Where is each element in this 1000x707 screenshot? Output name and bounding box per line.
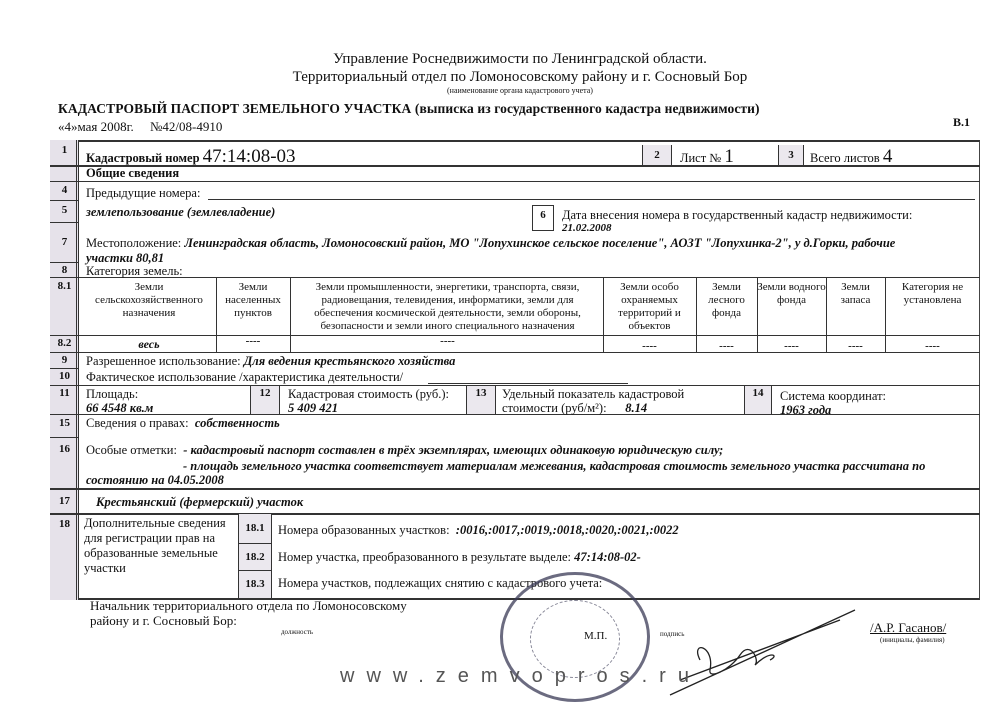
category-value: ---- xyxy=(216,335,290,347)
category-value: ---- xyxy=(292,335,603,347)
row-number: 11 xyxy=(50,387,79,399)
sheet-number-value: 1 xyxy=(724,146,734,167)
previous-numbers-label: Предыдущие номера: xyxy=(86,186,200,201)
field-number-box: 18.1 xyxy=(239,514,271,543)
category-header: Категория не установлена xyxy=(885,281,980,307)
divider xyxy=(50,488,980,490)
category-header: Земли водного фонда xyxy=(757,281,826,307)
department-name: Территориальный отдел по Ломоносовскому … xyxy=(0,69,1000,86)
divider xyxy=(50,385,980,386)
permitted-use-field: Разрешенное использование: Для ведения к… xyxy=(86,354,455,369)
position-caption: должность xyxy=(281,628,313,636)
row-number: 8 xyxy=(50,264,79,276)
category-header: Земли промышленности, энергетики, трансп… xyxy=(292,281,603,333)
category-header: Земли особо охраняемых территорий и объе… xyxy=(603,281,696,333)
specific-value: 8.14 xyxy=(625,401,647,415)
document-date-number: «4»мая 2008г. №42/08-4910 xyxy=(58,119,222,135)
divider xyxy=(50,513,980,515)
area-label: Площадь: xyxy=(86,387,138,402)
official-position: Начальник территориального отдела по Лом… xyxy=(90,598,407,614)
document-date: «4»мая 2008г. xyxy=(58,119,134,134)
category-value: ---- xyxy=(757,340,826,352)
divider xyxy=(290,277,291,352)
formed-parcels-field: Номера образованных участков: :0016,:001… xyxy=(278,523,679,538)
official-name: /А.Р. Гасанов/ xyxy=(870,620,946,636)
form-code: В.1 xyxy=(953,115,970,130)
specific-value-label: Удельный показатель кадастровой xyxy=(502,387,684,402)
additional-info-line: для регистрации прав на xyxy=(84,531,234,546)
field-number-box: 12 xyxy=(250,386,280,414)
converted-parcel-value: 47:14:08-02- xyxy=(574,550,641,564)
divider xyxy=(50,277,980,278)
field-number-box: 13 xyxy=(466,386,496,414)
agency-name: Управление Роснедвижимости по Ленинградс… xyxy=(0,51,1000,68)
field-number-box: 2 xyxy=(642,145,672,165)
converted-parcel-label: Номер участка, преобразованного в резуль… xyxy=(278,550,571,564)
document-number: №42/08-4910 xyxy=(150,119,222,134)
divider xyxy=(50,352,980,353)
previous-numbers-line xyxy=(208,199,975,200)
permitted-use-value: Для ведения крестьянского хозяйства xyxy=(244,354,456,368)
formed-parcels-value: :0016,:0017,:0019,:0018,:0020,:0021,:002… xyxy=(456,523,679,537)
actual-use-label: Фактическое использование /характеристик… xyxy=(86,370,403,385)
row-number: 18 xyxy=(50,518,79,530)
stamp-label: М.П. xyxy=(584,630,607,642)
cadastral-number-label: Кадастровый номер xyxy=(86,151,200,165)
category-header: Земли запаса xyxy=(826,281,885,307)
converted-parcel-field: Номер участка, преобразованного в резуль… xyxy=(278,550,641,565)
category-value: ---- xyxy=(696,340,757,352)
divider xyxy=(271,513,272,600)
category-header: Земли населенных пунктов xyxy=(216,281,290,320)
area-value: 66 4548 кв.м xyxy=(86,401,153,416)
sheet-number-label: Лист № xyxy=(680,151,721,165)
row-number: 17 xyxy=(50,495,79,507)
general-info-heading: Общие сведения xyxy=(86,166,179,181)
watermark: www.zemvopros.ru xyxy=(340,665,701,688)
permitted-use-label: Разрешенное использование: xyxy=(86,354,241,368)
special-note-2: - площадь земельного участка соответству… xyxy=(183,459,925,474)
category-value: ---- xyxy=(826,340,885,352)
registration-date-value: 21.02.2008 xyxy=(562,222,612,234)
category-value: ---- xyxy=(885,340,980,352)
row-number: 15 xyxy=(50,417,79,429)
rights-label: Сведения о правах: xyxy=(86,416,189,430)
special-note-1: - кадастровый паспорт составлен в трёх э… xyxy=(183,443,723,457)
total-sheets-label: Всего листов xyxy=(810,151,880,165)
rights-value: собственность xyxy=(195,416,280,430)
field-number-box: 3 xyxy=(778,145,804,165)
location-value: Ленинградская область, Ломоносовский рай… xyxy=(184,236,895,250)
field-number-box: 14 xyxy=(744,386,772,414)
department-caption: (наименование органа кадастрового учета) xyxy=(0,86,1000,95)
specific-value-label-cont: стоимости (руб/м²): xyxy=(502,401,607,415)
location-label: Местоположение: xyxy=(86,236,181,250)
category-value: ---- xyxy=(603,340,696,352)
field-number-box: 6 xyxy=(532,205,554,231)
total-sheets-field: Всего листов 4 xyxy=(810,146,892,168)
sheet-number-field: Лист № 1 xyxy=(680,146,734,168)
field-number-box: 18.3 xyxy=(239,571,271,598)
rights-field: Сведения о правах: собственность xyxy=(86,416,280,431)
document-title: КАДАСТРОВЫЙ ПАСПОРТ ЗЕМЕЛЬНОГО УЧАСТКА (… xyxy=(58,101,760,117)
row-number: 5 xyxy=(50,204,79,216)
official-position-cont: району и г. Сосновый Бор: xyxy=(90,613,237,629)
registration-date-label: Дата внесения номера в государственный к… xyxy=(562,208,912,223)
cadastral-number-value: 47:14:08-03 xyxy=(203,146,296,167)
additional-info-label: Дополнительные сведения для регистрации … xyxy=(84,516,234,576)
parcel-type: Крестьянский (фермерский) участок xyxy=(96,495,303,510)
row-number: 8.2 xyxy=(50,337,79,349)
formed-parcels-label: Номера образованных участков: xyxy=(278,523,450,537)
special-notes-label: Особые отметки: xyxy=(86,443,177,457)
specific-value-row: стоимости (руб/м²): 8.14 xyxy=(502,401,647,416)
total-sheets-value: 4 xyxy=(883,146,893,167)
row-number: 10 xyxy=(50,370,79,382)
cadastral-value: 5 409 421 xyxy=(288,401,338,416)
row-number: 1 xyxy=(50,144,79,156)
land-use-type: землепользование (землевладение) xyxy=(86,205,275,220)
row-number: 9 xyxy=(50,354,79,366)
cadastral-value-label: Кадастровая стоимость (руб.): xyxy=(288,387,449,402)
additional-info-line: участки xyxy=(84,561,234,576)
row-number: 4 xyxy=(50,184,79,196)
coordinate-system-value: 1963 года xyxy=(780,403,831,418)
category-value: весь xyxy=(82,337,216,352)
divider xyxy=(50,200,79,201)
name-caption: (инициалы, фамилия) xyxy=(880,636,945,644)
category-header: Земли сельскохозяйственного назначения xyxy=(82,281,216,320)
special-note-3: состоянию на 04.05.2008 xyxy=(86,473,224,488)
special-notes-field: Особые отметки: - кадастровый паспорт со… xyxy=(86,443,723,458)
row-number: 16 xyxy=(50,443,79,455)
location-field: Местоположение: Ленинградская область, Л… xyxy=(86,236,895,251)
additional-info-line: образованные земельные xyxy=(84,546,234,561)
coordinate-system-label: Система координат: xyxy=(780,389,886,404)
additional-info-line: Дополнительные сведения xyxy=(84,516,234,531)
actual-use-line xyxy=(428,383,628,384)
cadastral-number-field: Кадастровый номер 47:14:08-03 xyxy=(86,146,296,168)
divider xyxy=(50,262,79,263)
land-category-label: Категория земель: xyxy=(86,264,183,279)
category-header: Земли лесного фонда xyxy=(696,281,757,320)
divider xyxy=(50,222,79,223)
row-number: 7 xyxy=(50,236,79,248)
field-number-box: 18.2 xyxy=(239,544,271,570)
row-number: 8.1 xyxy=(50,280,79,292)
divider xyxy=(50,368,79,369)
divider xyxy=(50,181,980,182)
divider xyxy=(50,437,79,438)
